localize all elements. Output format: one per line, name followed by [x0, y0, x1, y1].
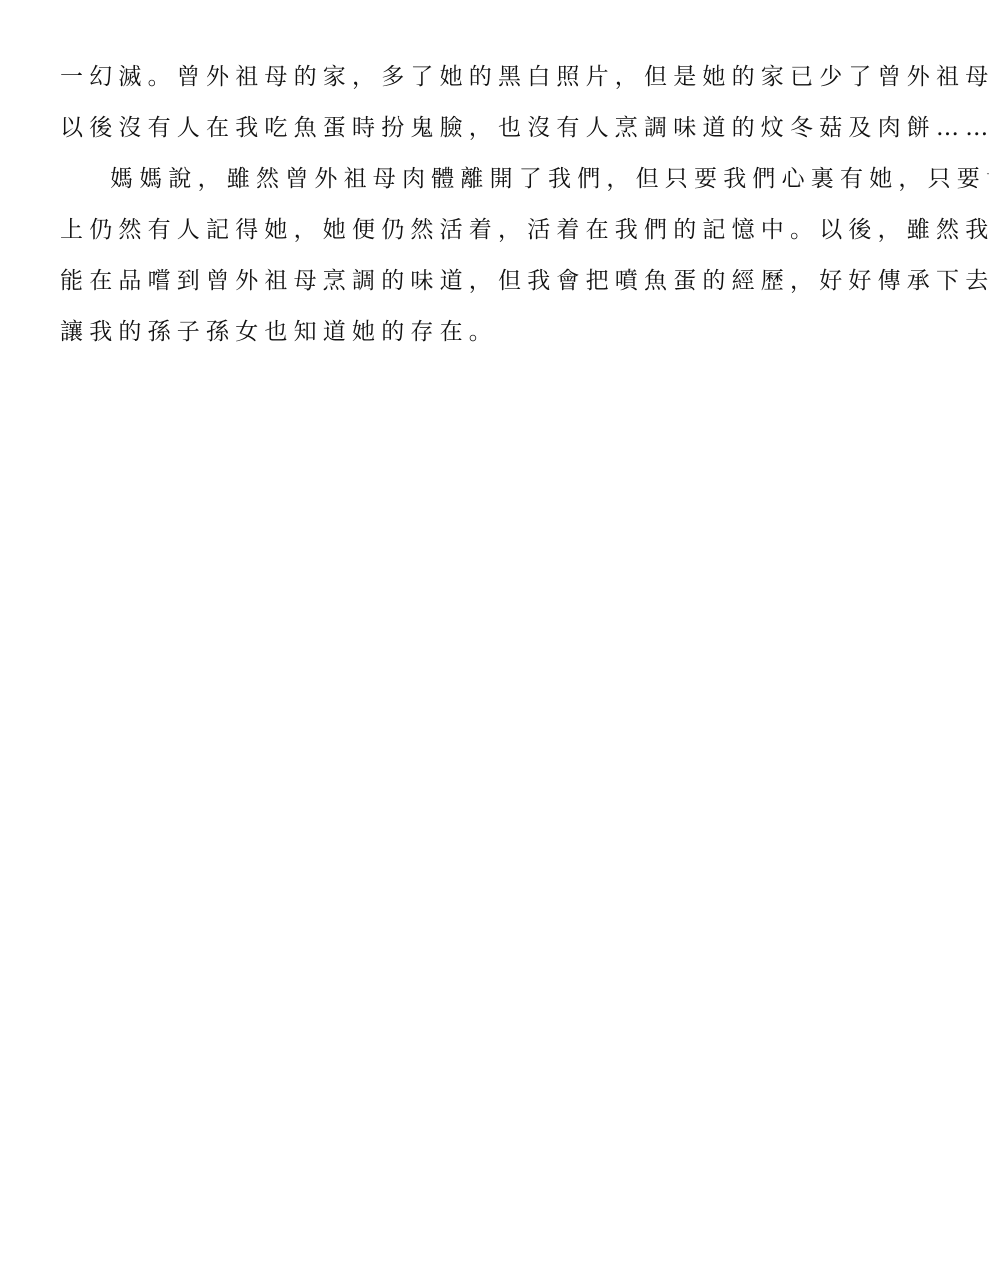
document-page: 一幻滅。曾外祖母的家，多了她的黑白照片，但是她的家已少了曾外祖母， 以後沒有人在…	[0, 0, 989, 1280]
text-line: 讓我的孫子孫女也知道她的存在。	[60, 307, 930, 358]
text-line: 一幻滅。曾外祖母的家，多了她的黑白照片，但是她的家已少了曾外祖母，	[60, 52, 930, 103]
paragraph-1: 一幻滅。曾外祖母的家，多了她的黑白照片，但是她的家已少了曾外祖母， 以後沒有人在…	[60, 52, 930, 154]
paragraph-2: 媽媽說，雖然曾外祖母肉體離開了我們，但只要我們心裏有她，只要世 上仍然有人記得她…	[60, 154, 930, 358]
text-line: 以後沒有人在我吃魚蛋時扮鬼臉，也沒有人烹調味道的炆冬菇及肉餅……	[60, 103, 930, 154]
text-line: 能在品嚐到曾外祖母烹調的味道，但我會把噴魚蛋的經歷，好好傳承下去，	[60, 256, 930, 307]
text-line-indented: 媽媽說，雖然曾外祖母肉體離開了我們，但只要我們心裏有她，只要世	[60, 154, 930, 205]
body-text: 一幻滅。曾外祖母的家，多了她的黑白照片，但是她的家已少了曾外祖母， 以後沒有人在…	[60, 52, 930, 358]
text-line: 上仍然有人記得她，她便仍然活着，活着在我們的記憶中。以後，雖然我不	[60, 205, 930, 256]
